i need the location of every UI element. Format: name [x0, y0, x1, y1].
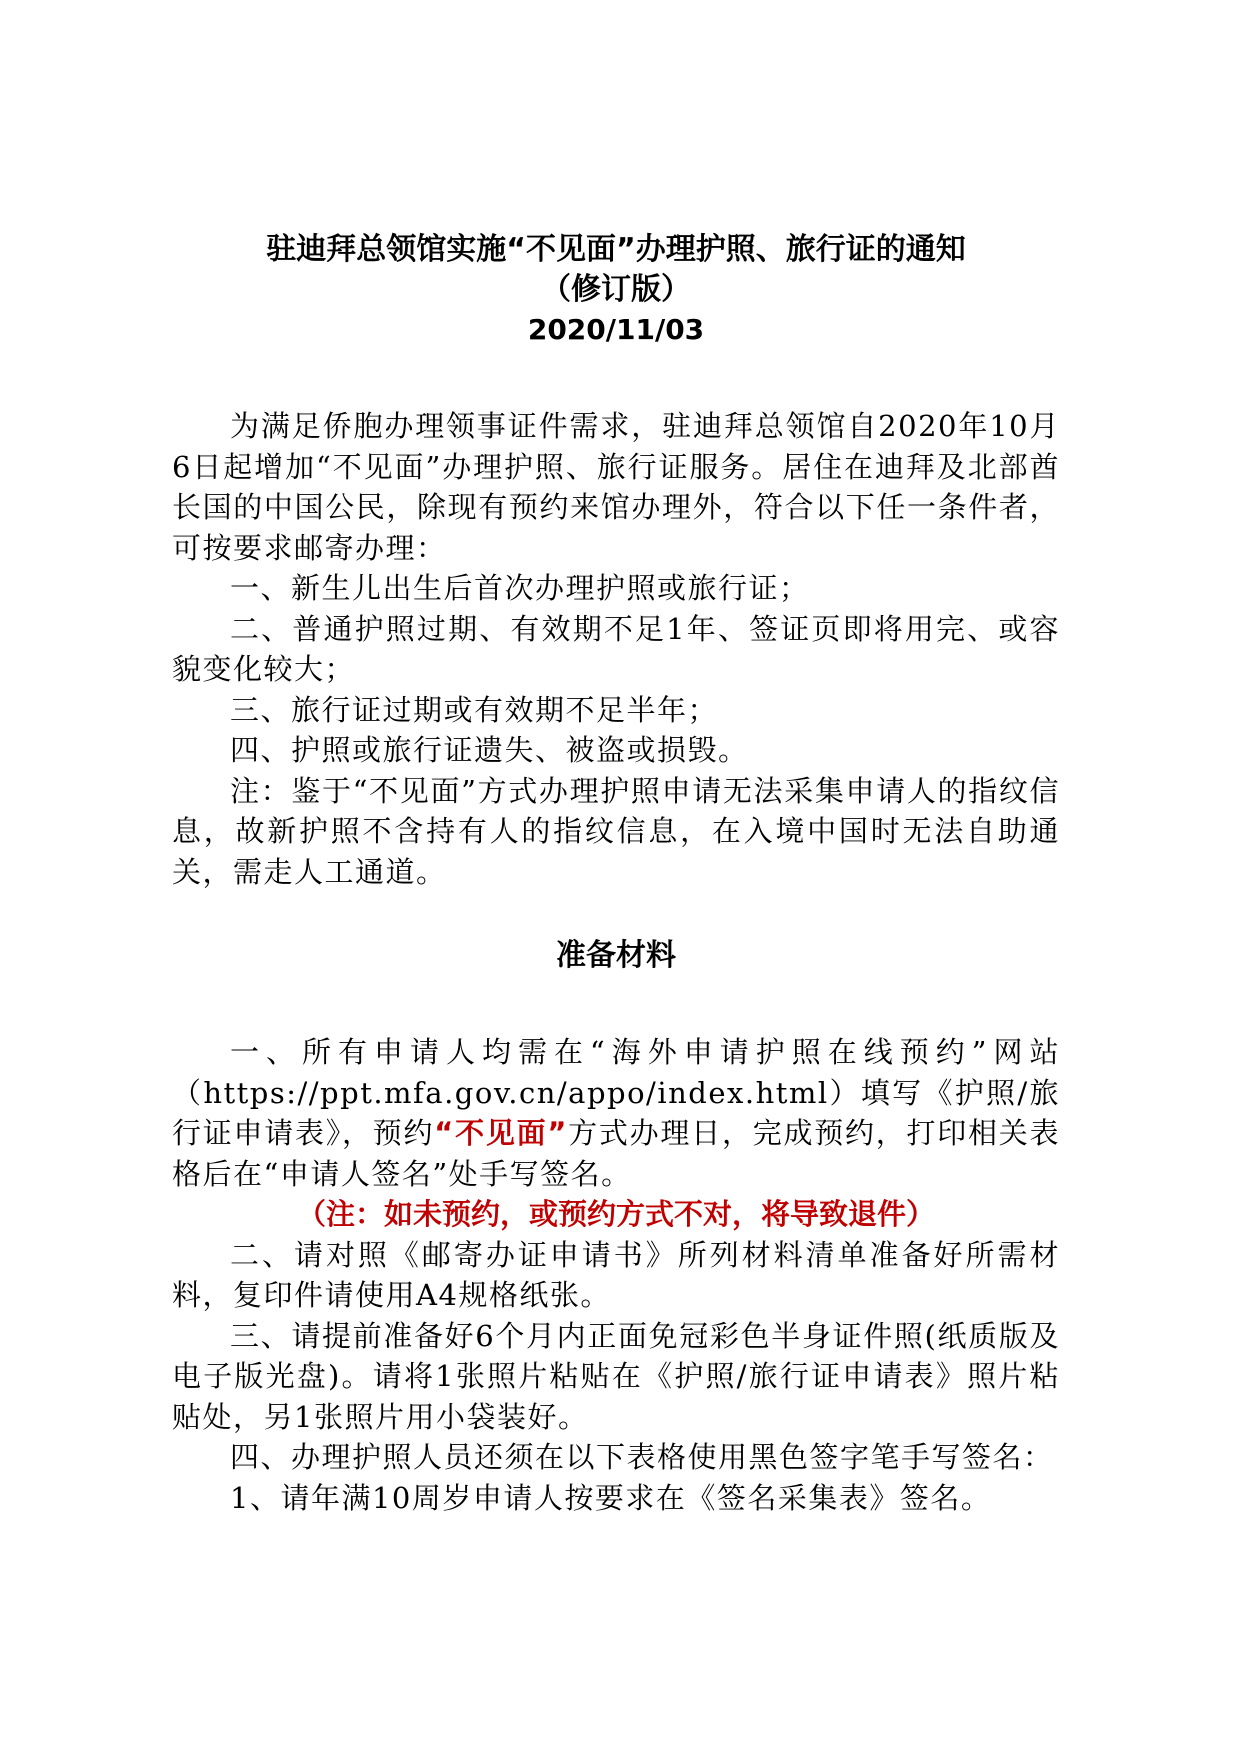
document-subtitle: （修订版）: [172, 270, 1060, 310]
document-date: 2020/11/03: [172, 310, 1060, 350]
materials-item-1: 一、所有申请人均需在“海外申请护照在线预约”网站（https://ppt.mfa…: [172, 1032, 1060, 1194]
condition-item-4: 四、护照或旅行证遗失、被盗或损毁。: [172, 730, 1060, 771]
condition-item-1: 一、新生儿出生后首次办理护照或旅行证；: [172, 568, 1060, 609]
condition-item-2: 二、普通护照过期、有效期不足1年、签证页即将用完、或容貌变化较大；: [172, 609, 1060, 690]
materials-item-4-sub-1: 1、请年满10周岁申请人按要求在《签名采集表》签名。: [172, 1478, 1060, 1519]
materials-item-2: 二、请对照《邮寄办证申请书》所列材料清单准备好所需材料，复印件请使用A4规格纸张…: [172, 1235, 1060, 1316]
condition-item-3: 三、旅行证过期或有效期不足半年；: [172, 690, 1060, 731]
materials-item-4: 四、办理护照人员还须在以下表格使用黑色签字笔手写签名：: [172, 1437, 1060, 1478]
intro-section: 为满足侨胞办理领事证件需求，驻迪拜总领馆自2020年10月6日起增加“不见面”办…: [172, 406, 1060, 892]
spacer: [172, 350, 1060, 406]
materials-item-3: 三、请提前准备好6个月内正面免冠彩色半身证件照(纸质版及电子版光盘)。请将1张照…: [172, 1316, 1060, 1438]
document-title: 驻迪拜总领馆实施“不见面”办理护照、旅行证的通知: [172, 230, 1060, 270]
appointment-warning: （注：如未预约，或预约方式不对，将导致退件）: [172, 1194, 1060, 1235]
document-page: 驻迪拜总领馆实施“不见面”办理护照、旅行证的通知 （修订版） 2020/11/0…: [172, 230, 1060, 1518]
materials-heading: 准备材料: [172, 936, 1060, 976]
fingerprint-note: 注：鉴于“不见面”方式办理护照申请无法采集申请人的指纹信息，故新护照不含持有人的…: [172, 771, 1060, 893]
no-face-to-face-highlight: “不见面”: [434, 1116, 568, 1150]
spacer: [172, 976, 1060, 1032]
materials-section: 一、所有申请人均需在“海外申请护照在线预约”网站（https://ppt.mfa…: [172, 1032, 1060, 1518]
intro-paragraph: 为满足侨胞办理领事证件需求，驻迪拜总领馆自2020年10月6日起增加“不见面”办…: [172, 406, 1060, 568]
spacer: [172, 892, 1060, 936]
